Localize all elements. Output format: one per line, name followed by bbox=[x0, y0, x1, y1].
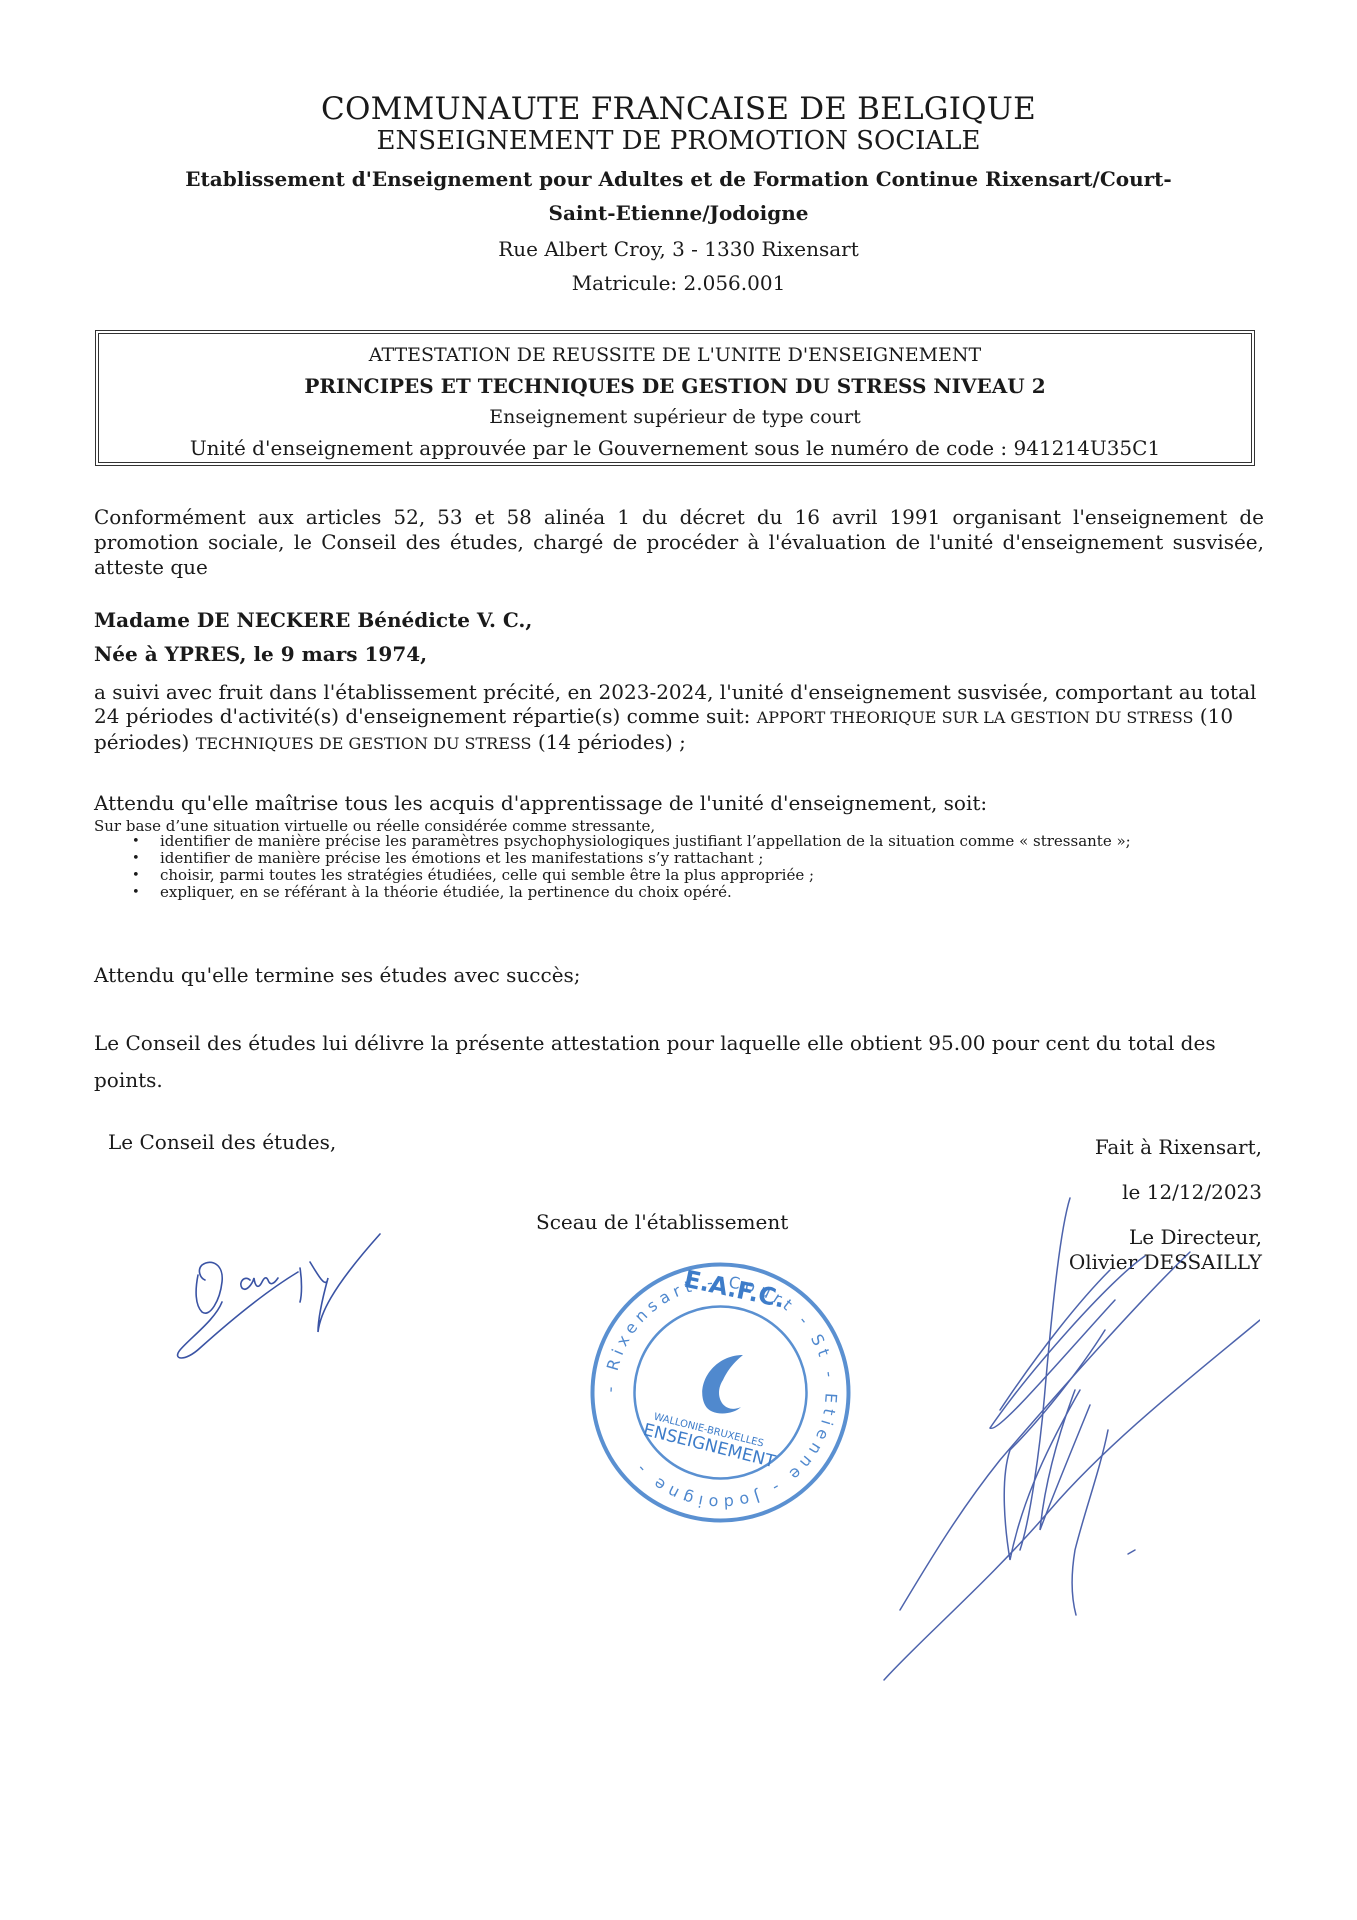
learning-outcome: identifier de manière précise les émotio… bbox=[94, 850, 1264, 867]
activity-2-periods: (14 périodes) ; bbox=[532, 730, 686, 754]
mastery-intro: Attendu qu'elle maîtrise tous les acquis… bbox=[94, 791, 1264, 816]
seal-label: Sceau de l'établissement bbox=[536, 1210, 788, 1234]
followed-paragraph: a suivi avec fruit dans l'établissement … bbox=[94, 680, 1264, 756]
unit-name: PRINCIPES ET TECHNIQUES DE GESTION DU ST… bbox=[99, 371, 1251, 402]
header-title: COMMUNAUTE FRANCAISE DE BELGIQUE bbox=[0, 92, 1357, 126]
intro-paragraph: Conformément aux articles 52, 53 et 58 a… bbox=[94, 505, 1264, 580]
institution-name-line2: Saint-Etienne/Jodoigne bbox=[0, 196, 1357, 230]
completion-statement: Attendu qu'elle termine ses études avec … bbox=[94, 963, 1264, 988]
document-header: COMMUNAUTE FRANCAISE DE BELGIQUE ENSEIGN… bbox=[0, 92, 1357, 300]
council-label: Le Conseil des études, bbox=[108, 1130, 336, 1154]
attestation-title: ATTESTATION DE REUSSITE DE L'UNITE D'ENS… bbox=[99, 340, 1251, 371]
student-name: Madame DE NECKERE Bénédicte V. C., bbox=[94, 608, 532, 632]
attestation-title-box: ATTESTATION DE REUSSITE DE L'UNITE D'ENS… bbox=[95, 330, 1255, 466]
result-statement: Le Conseil des études lui délivre la pré… bbox=[94, 1025, 1264, 1099]
activity-2-name: TECHNIQUES DE GESTION DU STRESS bbox=[196, 734, 532, 753]
svg-text:E.A.F.C.: E.A.F.C. bbox=[682, 1265, 788, 1314]
learning-outcome: choisir, parmi toutes les stratégies étu… bbox=[94, 867, 1264, 884]
institution-name-line1: Etablissement d'Enseignement pour Adulte… bbox=[0, 162, 1357, 196]
learning-outcome: expliquer, en se référant à la théorie é… bbox=[94, 884, 1264, 901]
learning-outcome: identifier de manière précise les paramè… bbox=[94, 833, 1264, 850]
director-signature-icon bbox=[880, 1190, 1260, 1690]
activity-1-name: APPORT THEORIQUE SUR LA GESTION DU STRES… bbox=[757, 708, 1194, 727]
learning-outcomes-list: identifier de manière précise les paramè… bbox=[94, 833, 1264, 901]
approval-code: Unité d'enseignement approuvée par le Go… bbox=[99, 433, 1251, 464]
header-subtitle: ENSEIGNEMENT DE PROMOTION SOCIALE bbox=[0, 126, 1357, 156]
institution-address: Rue Albert Croy, 3 - 1330 Rixensart bbox=[0, 232, 1357, 266]
institution-matricule: Matricule: 2.056.001 bbox=[0, 266, 1357, 300]
issue-place: Fait à Rixensart, bbox=[1069, 1125, 1262, 1170]
institution-seal-icon: - Rixensart - Court - St - Etienne - Jod… bbox=[583, 1255, 858, 1530]
student-birth: Née à YPRES, le 9 mars 1974, bbox=[94, 642, 427, 666]
svg-text:- Rixensart - Court - St - Eti: - Rixensart - Court - St - Etienne - Jod… bbox=[600, 1272, 840, 1512]
council-signature-icon bbox=[150, 1220, 410, 1390]
education-level: Enseignement supérieur de type court bbox=[99, 402, 1251, 433]
